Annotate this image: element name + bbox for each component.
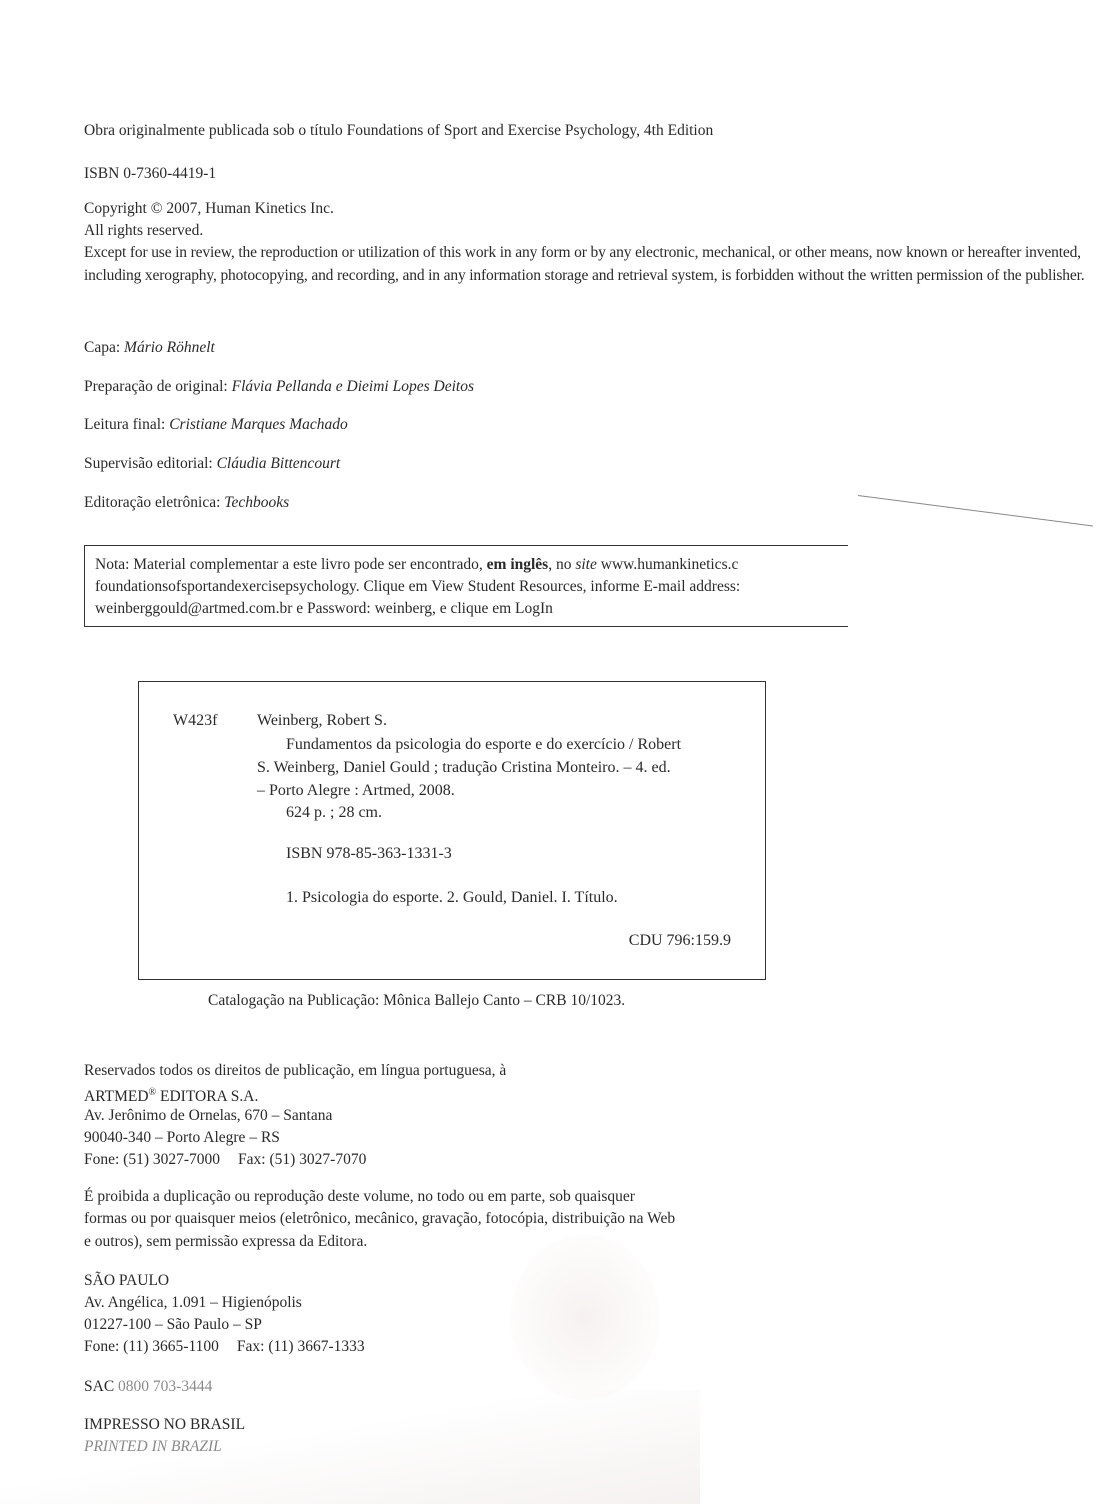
catalog-cdu: CDU 796:159.9 — [629, 929, 731, 952]
catalog-author: Weinberg, Robert S. — [257, 709, 387, 732]
nota-line-1: Nota: Material complementar a este livro… — [95, 554, 738, 576]
catalog-subjects: 1. Psicologia do esporte. 2. Gould, Dani… — [286, 886, 618, 909]
prohibition-line-1: É proibida a duplicação ou reprodução de… — [84, 1186, 635, 1208]
original-title-note: Obra originalmente publicada sob o títul… — [84, 120, 713, 142]
publisher-address: Av. Jerônimo de Ornelas, 670 – Santana — [84, 1105, 332, 1127]
printed-in-pt: IMPRESSO NO BRASIL — [84, 1414, 245, 1436]
credit-editorial-supervision: Supervisão editorial: Cláudia Bittencour… — [84, 453, 340, 475]
credit-value: Cláudia Bittencourt — [217, 455, 341, 472]
nota-line-3: weinberggould@artmed.com.br e Password: … — [95, 598, 553, 620]
catalog-title-line-3: – Porto Alegre : Artmed, 2008. — [257, 779, 455, 802]
sac-label: SAC — [84, 1378, 114, 1395]
cataloger-credit: Catalogação na Publicação: Mônica Ballej… — [208, 990, 625, 1012]
publisher-fax: Fax: (51) 3027-7070 — [238, 1151, 366, 1168]
credit-label: Supervisão editorial: — [84, 455, 217, 472]
branch-phone: Fone: (11) 3665-1100 — [84, 1338, 219, 1355]
call-number: W423f — [173, 709, 217, 732]
credit-preparation: Preparação de original: Flávia Pellanda … — [84, 376, 474, 398]
credit-value: Cristiane Marques Machado — [169, 416, 348, 433]
catalog-extent: 624 p. ; 28 cm. — [286, 801, 382, 824]
prohibition-line-3: e outros), sem permissão expressa da Edi… — [84, 1231, 367, 1253]
credit-electronic-editing: Editoração eletrônica: Techbooks — [84, 492, 289, 514]
rights-notice: Except for use in review, the reproducti… — [84, 242, 1094, 287]
catalog-card: W423f Weinberg, Robert S. Fundamentos da… — [138, 681, 766, 980]
customer-service: SAC 0800 703-3444 — [84, 1376, 212, 1398]
branch-fax: Fax: (11) 3667-1333 — [237, 1338, 365, 1355]
branch-address: Av. Angélica, 1.091 – Higienópolis — [84, 1292, 302, 1314]
bleed-through-logo — [510, 1235, 660, 1400]
catalog-title-line-1: Fundamentos da psicologia do esporte e d… — [286, 733, 681, 756]
credit-value: Flávia Pellanda e Dieimi Lopes Deitos — [232, 378, 474, 395]
scan-artifact-line — [858, 495, 1093, 527]
publisher-city: 90040-340 – Porto Alegre – RS — [84, 1127, 280, 1149]
catalog-isbn: ISBN 978-85-363-1331-3 — [286, 842, 452, 865]
registered-mark: ® — [149, 1087, 157, 1098]
rights-reserved: All rights reserved. — [84, 220, 203, 242]
branch-heading: SÃO PAULO — [84, 1270, 169, 1292]
sac-number: 0800 703-3444 — [118, 1378, 212, 1395]
credit-final-reading: Leitura final: Cristiane Marques Machado — [84, 414, 348, 436]
credit-label: Leitura final: — [84, 416, 169, 433]
branch-contact: Fone: (11) 3665-1100Fax: (11) 3667-1333 — [84, 1336, 365, 1358]
credit-cover: Capa: Mário Röhnelt — [84, 337, 215, 359]
publisher-contact: Fone: (51) 3027-7000Fax: (51) 3027-7070 — [84, 1149, 366, 1171]
catalog-title-line-2: S. Weinberg, Daniel Gould ; tradução Cri… — [257, 756, 671, 779]
supplementary-material-note: Nota: Material complementar a este livro… — [84, 545, 848, 627]
credit-label: Editoração eletrônica: — [84, 494, 224, 511]
credit-label: Capa: — [84, 339, 124, 356]
publisher-rights: Reservados todos os direitos de publicaç… — [84, 1060, 506, 1082]
nota-url: www.humankinetics.c — [597, 556, 738, 573]
credit-value: Mário Röhnelt — [124, 339, 215, 356]
branch-city: 01227-100 – São Paulo – SP — [84, 1314, 262, 1336]
credit-label: Preparação de original: — [84, 378, 232, 395]
prohibition-line-2: formas ou por quaisquer meios (eletrônic… — [84, 1208, 675, 1230]
publisher-phone: Fone: (51) 3027-7000 — [84, 1151, 220, 1168]
credit-value: Techbooks — [224, 494, 289, 511]
nota-emphasis: em inglês — [487, 556, 549, 573]
original-isbn: ISBN 0-7360-4419-1 — [84, 163, 216, 185]
nota-line-2: foundationsofsportandexercisepsychology.… — [95, 576, 740, 598]
printed-in-en: PRINTED IN BRAZIL — [84, 1436, 222, 1458]
copyright-line: Copyright © 2007, Human Kinetics Inc. — [84, 198, 334, 220]
